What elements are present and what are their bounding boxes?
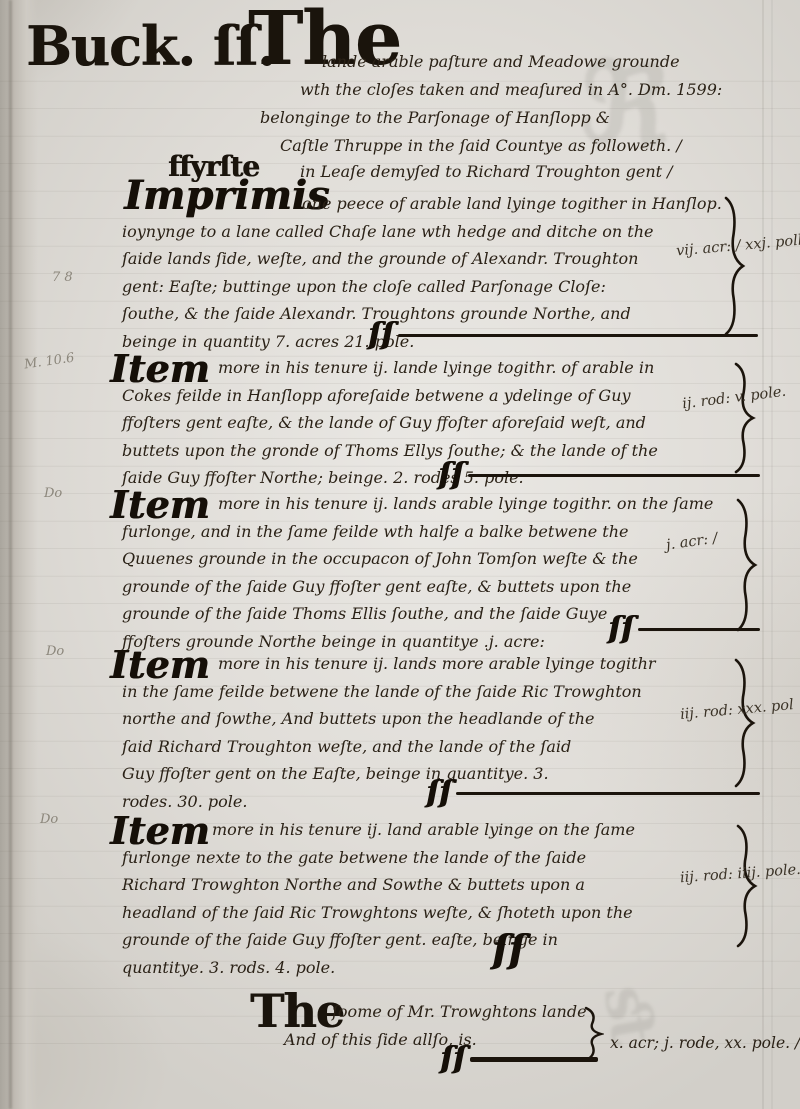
header-line: lande arable paſture and Meadowe grounde: [322, 48, 680, 76]
flourish-glyph: ſſ: [608, 614, 634, 644]
end-flourish: ſſ: [440, 1044, 598, 1074]
page-binding-edge: [0, 0, 38, 1109]
header-line: belonginge to the Parſonage of Hanſlopp …: [260, 104, 610, 132]
flourish-rule: [456, 792, 760, 795]
fold-crease: [771, 0, 773, 1109]
entry-line: ſaid Richard Troughton weſte, and the la…: [122, 733, 656, 761]
header-line: Caſtle Thruppe in the ſaid Countye as fo…: [280, 132, 682, 160]
county-heading: Buck. ſſ.: [26, 14, 275, 78]
entry-line: Cokes feilde in Hanſlopp aforeſaide betw…: [122, 382, 658, 410]
entry-line: Quuenes grounde in the occupacon of John…: [122, 545, 713, 573]
end-flourish: ſſ: [438, 460, 760, 490]
flourish-rule: [398, 334, 758, 337]
header-line: wth the cloſes taken and meaſured in A°.…: [300, 76, 722, 104]
flourish-glyph: ſſ: [440, 1044, 466, 1074]
entry-line: more in his tenure ij. lande lyinge togi…: [122, 354, 658, 382]
fold-crease: [762, 0, 764, 1109]
entry-line: grounde of the ſaide Guy ffoſter gent. e…: [122, 926, 635, 954]
flourish-glyph: ſſ: [492, 930, 525, 968]
entry-line: in the ſame feilde betwene the lande of …: [122, 678, 656, 706]
entry-line: more in his tenure ij. lands more arable…: [122, 650, 656, 678]
margin-brace: [734, 362, 756, 474]
flourish-glyph: ſſ: [426, 778, 452, 808]
entry-line: quantitye. 3. rods. 4. pole.: [122, 954, 635, 982]
entry-body: more in his tenure ij. land arable lying…: [122, 816, 635, 981]
flourish-glyph: ſſ: [438, 460, 464, 490]
footer-line: ſoome of Mr. Trowghtons lande: [332, 998, 587, 1026]
flourish-rule: [468, 474, 760, 477]
left-margin-note: Do: [44, 486, 62, 501]
manuscript-page: ℜ ﬆ Buck. ſſ. The lande arable paſture a…: [0, 0, 800, 1109]
entry-line: one peece of arable land lyinge togither…: [122, 190, 722, 218]
flourish-rule: [470, 1057, 598, 1062]
margin-brace: [736, 824, 758, 948]
footer-total: x. acr; j. rode, xx. pole. /: [610, 1030, 800, 1058]
margin-brace: [734, 658, 756, 788]
end-flourish: ſſ: [492, 930, 529, 968]
left-margin-note: Do: [40, 812, 58, 827]
entry-line: grounde of the ſaide Guy ffoſter gent ea…: [122, 573, 713, 601]
entry-line: more in his tenure ij. land arable lying…: [122, 816, 635, 844]
entry-line: gent: Eaſte; buttinge upon the cloſe cal…: [122, 273, 722, 301]
flourish-glyph: ſſ: [368, 320, 394, 350]
left-margin-note: 7 8: [52, 270, 73, 285]
entry-line: headland of the ſaid Ric Trowghtons weſt…: [122, 899, 635, 927]
entry-first-lead: in Leaſe demyſed to Richard Troughton ge…: [300, 158, 673, 186]
entry-line: ffoſters gent eaſte, & the lande of Guy …: [122, 409, 658, 437]
entry-line: Richard Trowghton Northe and Sowthe & bu…: [122, 871, 635, 899]
entry-line: more in his tenure ij. lands arable lyin…: [122, 490, 713, 518]
left-margin-note: Do: [46, 644, 64, 659]
entry-line: furlonge nexte to the gate betwene the l…: [122, 844, 635, 872]
entry-line: furlonge, and in the ſame feilde wth hal…: [122, 518, 713, 546]
entry-line: ſaide lands ſide, weſte, and the grounde…: [122, 245, 722, 273]
margin-brace: [724, 196, 746, 336]
end-flourish: ſſ: [426, 778, 760, 808]
entry-line: northe and ſowthe, And buttets upon the …: [122, 705, 656, 733]
footer-brace: [584, 1006, 604, 1062]
end-flourish: ſſ: [368, 320, 758, 350]
entry-line: ioynynge to a lane called Chaſe lane wth…: [122, 218, 722, 246]
margin-brace: [736, 498, 758, 632]
